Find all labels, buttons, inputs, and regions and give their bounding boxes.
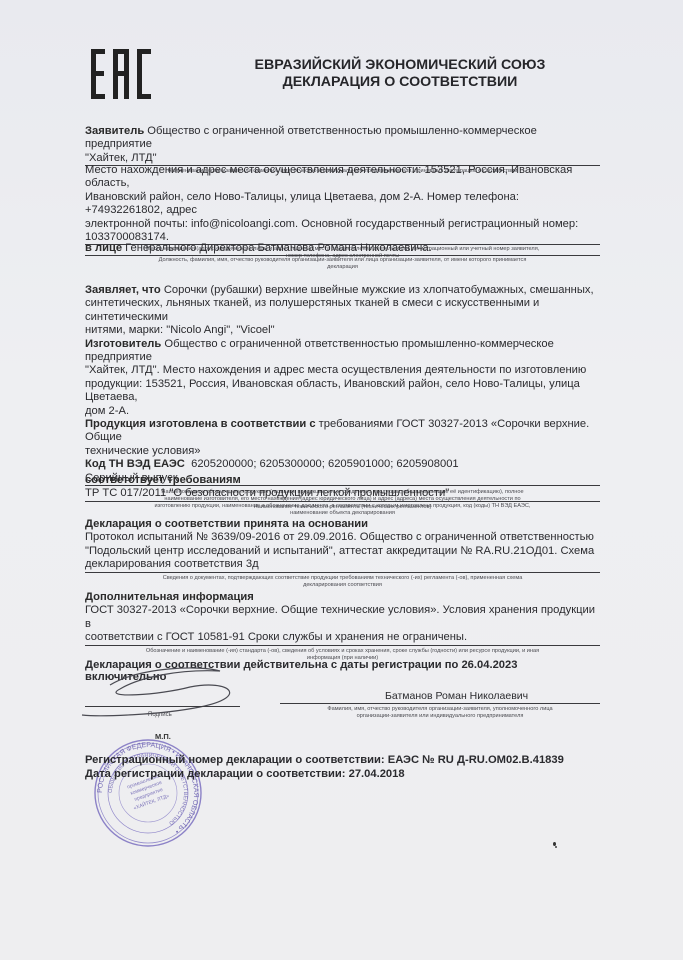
signer-name-line	[280, 703, 600, 704]
signer-name: Батманов Роман Николаевич	[385, 690, 528, 702]
address-line-3: электронной почты: info@nicoloangi.com. …	[85, 218, 600, 231]
manufacturer-line2: "Хайтек, ЛТД". Место нахождения и адрес …	[85, 364, 600, 377]
basis-label: Декларация о соответствии принята на осн…	[85, 518, 368, 530]
produced-per-line2: технические условия»	[85, 445, 600, 458]
tn-ved-label: Код ТН ВЭД ЕАЭС	[85, 458, 185, 470]
document-header: ЕВРАЗИЙСКИЙ ЭКОНОМИЧЕСКИЙ СОЮЗ ДЕКЛАРАЦИ…	[200, 57, 600, 91]
applicant-name-line1: Общество с ограниченной ответственностью…	[85, 125, 537, 150]
additional-line1: ГОСТ 30327-2013 «Сорочки верхние. Общие …	[85, 604, 600, 631]
representative-label: в лице	[85, 242, 122, 254]
registration-section: Регистрационный номер декларации о соотв…	[85, 754, 605, 781]
declaration-title: ДЕКЛАРАЦИЯ О СООТВЕТСТВИИ	[200, 74, 600, 91]
basis-line3: декларирования соответствия 3д	[85, 558, 600, 572]
declares-line1: Сорочки (рубашки) верхние швейные мужски…	[161, 284, 594, 296]
manufacturer-line4: дом 2-А.	[85, 405, 600, 418]
basis-section: Декларация о соответствии принята на осн…	[85, 518, 600, 589]
applicant-label: Заявитель	[85, 125, 144, 137]
regulation-note: Наименование технического регламента (те…	[85, 504, 600, 511]
registration-number: Регистрационный номер декларации о соотв…	[85, 754, 605, 768]
representative-note-1: Должность, фамилия, имя, отчество руково…	[85, 257, 600, 264]
signature-line	[85, 706, 240, 707]
additional-line2: соответствии с ГОСТ 10581-91 Сроки служб…	[85, 631, 600, 645]
representative-note-2: декларация	[85, 264, 600, 271]
manufacturer-line3: продукции: 153521, Россия, Ивановская об…	[85, 378, 600, 405]
product-note-4: наименование объекта декларирования	[85, 510, 600, 517]
signer-note-2: организации-заявителя или индивидуальног…	[280, 713, 600, 720]
signature-label: Подпись	[148, 712, 172, 718]
signer-note: Фамилия, имя, отчество руководителя орга…	[280, 706, 600, 720]
basis-line1: Протокол испытаний № 3639/09-2016 от 29.…	[85, 531, 600, 544]
address-line-1: Место нахождения и адрес места осуществл…	[85, 164, 600, 191]
basis-note-2: декларирования соответствия	[85, 582, 600, 589]
tn-ved-codes: 6205200000; 6205300000; 6205901000; 6205…	[185, 458, 459, 470]
union-title: ЕВРАЗИЙСКИЙ ЭКОНОМИЧЕСКИЙ СОЮЗ	[200, 57, 600, 74]
declaration-page: ЕВРАЗИЙСКИЙ ЭКОНОМИЧЕСКИЙ СОЮЗ ДЕКЛАРАЦИ…	[0, 0, 683, 960]
eac-mark-icon	[91, 49, 153, 99]
regulation-text: ТР ТС 017/2011 "О безопасности продукции…	[85, 487, 600, 501]
basis-note-1: Сведения о документах, подтверждающих со…	[85, 575, 600, 582]
address-line-2: Ивановский район, село Ново-Талицы, улиц…	[85, 191, 600, 218]
manufacturer-label: Изготовитель	[85, 338, 161, 350]
signer-note-1: Фамилия, имя, отчество руководителя орга…	[280, 706, 600, 713]
produced-per-label: Продукция изготовлена в соответствии с	[85, 418, 316, 430]
additional-note-1: Обозначение и наименование (-ия) стандар…	[85, 648, 600, 655]
scan-speck-2	[555, 846, 557, 848]
declares-line2: синтетических, льняных тканей, из полуше…	[85, 297, 600, 324]
complies-label: соответствует требованиям	[85, 474, 241, 486]
registration-date: Дата регистрации декларации о соответств…	[85, 768, 605, 782]
representative-section: в лице Генерального Директора Батманова …	[85, 242, 600, 271]
basis-line2: "Подольский центр исследований и испытан…	[85, 545, 600, 558]
representative-text: Генерального Директора Батманова Романа …	[122, 242, 432, 254]
complies-section: соответствует требованиям ТР ТС 017/2011…	[85, 474, 600, 511]
declares-line3: нитями, марки: "Nicolo Angi", "Vicoel"	[85, 324, 600, 337]
declares-label: Заявляет, что	[85, 284, 161, 296]
additional-label: Дополнительная информация	[85, 591, 254, 603]
signature-scribble	[80, 657, 240, 719]
additional-section: Дополнительная информация ГОСТ 30327-201…	[85, 591, 600, 662]
